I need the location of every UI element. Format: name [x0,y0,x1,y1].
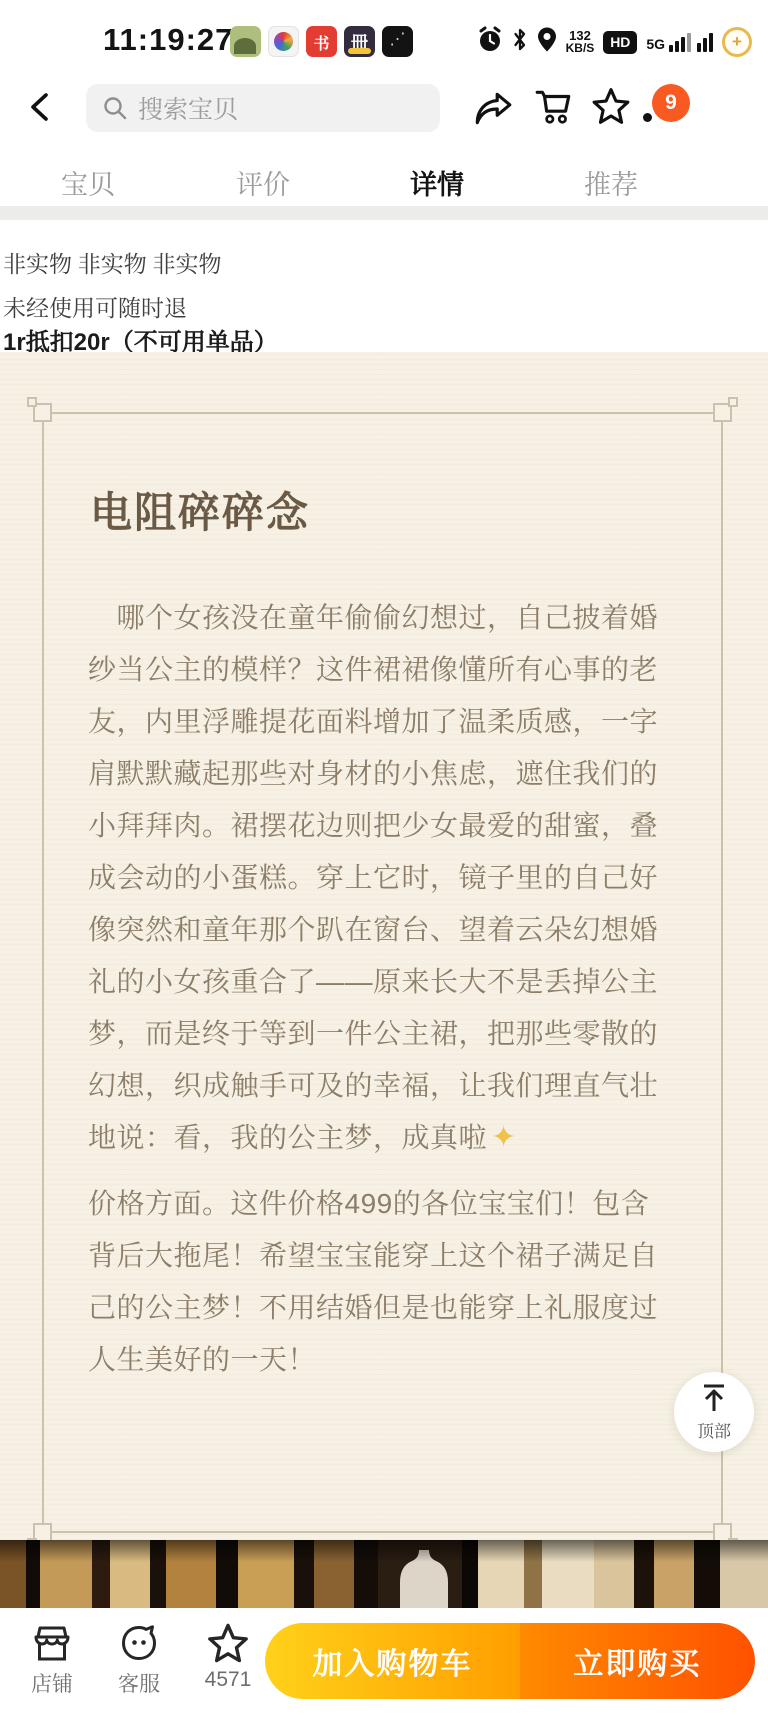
bluetooth-icon [512,26,528,58]
more-icon[interactable] [643,113,652,122]
alarm-icon [477,26,503,58]
network-speed: 132KB/S [566,29,595,55]
search-icon [102,95,128,121]
shop-label: 店铺 [31,1668,73,1698]
hd-badge: HD [603,31,637,54]
notification-badge[interactable]: 9 [652,84,690,122]
divider [0,206,768,220]
battery-saver-icon: + [722,27,752,57]
buy-now-button[interactable]: 立即购买 [520,1623,755,1699]
shop-icon[interactable] [30,1622,74,1671]
bottom-action-bar: 店铺 客服 4571 加入购物车 立即购买 [0,1608,768,1715]
app-screen: 11:19:27 132KB/S HD 5G + [0,0,768,1715]
app-icon-2 [268,26,299,57]
add-to-cart-button[interactable]: 加入购物车 [265,1623,520,1699]
tab-recommend[interactable]: 推荐 [584,163,638,202]
card-paragraph-2: 价格方面。这件价格499的各位宝宝们！包含 背后大拖尾！希望宝宝能穿上这个裙子满… [88,1178,688,1386]
signal-bars: 5G [646,33,713,52]
app-icon-4 [344,26,375,57]
sparkles-icon: ✦ [491,1121,517,1154]
status-right-icons: 132KB/S HD 5G + [477,24,752,60]
service-label: 客服 [118,1668,160,1698]
card-title: 电阻碎碎念 [90,480,310,540]
back-to-top-label: 顶部 [697,1417,731,1442]
share-icon[interactable] [472,90,514,133]
status-app-icons [230,26,413,57]
status-time: 11:19:27 [103,22,233,58]
favorite-count: 4571 [205,1668,252,1692]
product-photo[interactable] [0,1540,768,1608]
app-icon-5 [382,26,413,57]
notice-line-1: 非实物 非实物 非实物 [3,246,222,279]
location-icon [537,26,557,58]
tab-details[interactable]: 详情 [410,163,464,202]
arrow-up-to-line-icon [697,1382,731,1419]
tab-reviews[interactable]: 评价 [236,163,290,202]
frame-corner [33,403,52,422]
notice-line-2: 未经使用可随时退 [3,290,187,323]
purchase-buttons: 加入购物车 立即购买 [265,1623,755,1699]
card-paragraph-1: 哪个女孩没在童年偷偷幻想过，自己披着婚 纱当公主的模样？这件裙裙像懂所有心事的老… [88,592,688,1164]
search-placeholder: 搜索宝贝 [138,90,238,126]
back-to-top-button[interactable]: 顶部 [674,1372,754,1452]
star-icon[interactable] [591,86,631,131]
frame-corner [713,403,732,422]
cart-icon[interactable] [533,86,575,133]
app-icon-1 [230,26,261,57]
favorite-star-icon[interactable] [206,1622,250,1669]
search-input[interactable]: 搜索宝贝 [86,84,440,132]
app-icon-3 [306,26,337,57]
customer-service-icon[interactable] [117,1622,161,1671]
detail-card: 电阻碎碎念 哪个女孩没在童年偷偷幻想过，自己披着婚 纱当公主的模样？这件裙裙像懂… [0,352,768,1540]
tab-item[interactable]: 宝贝 [61,163,115,202]
back-icon[interactable] [24,90,58,129]
